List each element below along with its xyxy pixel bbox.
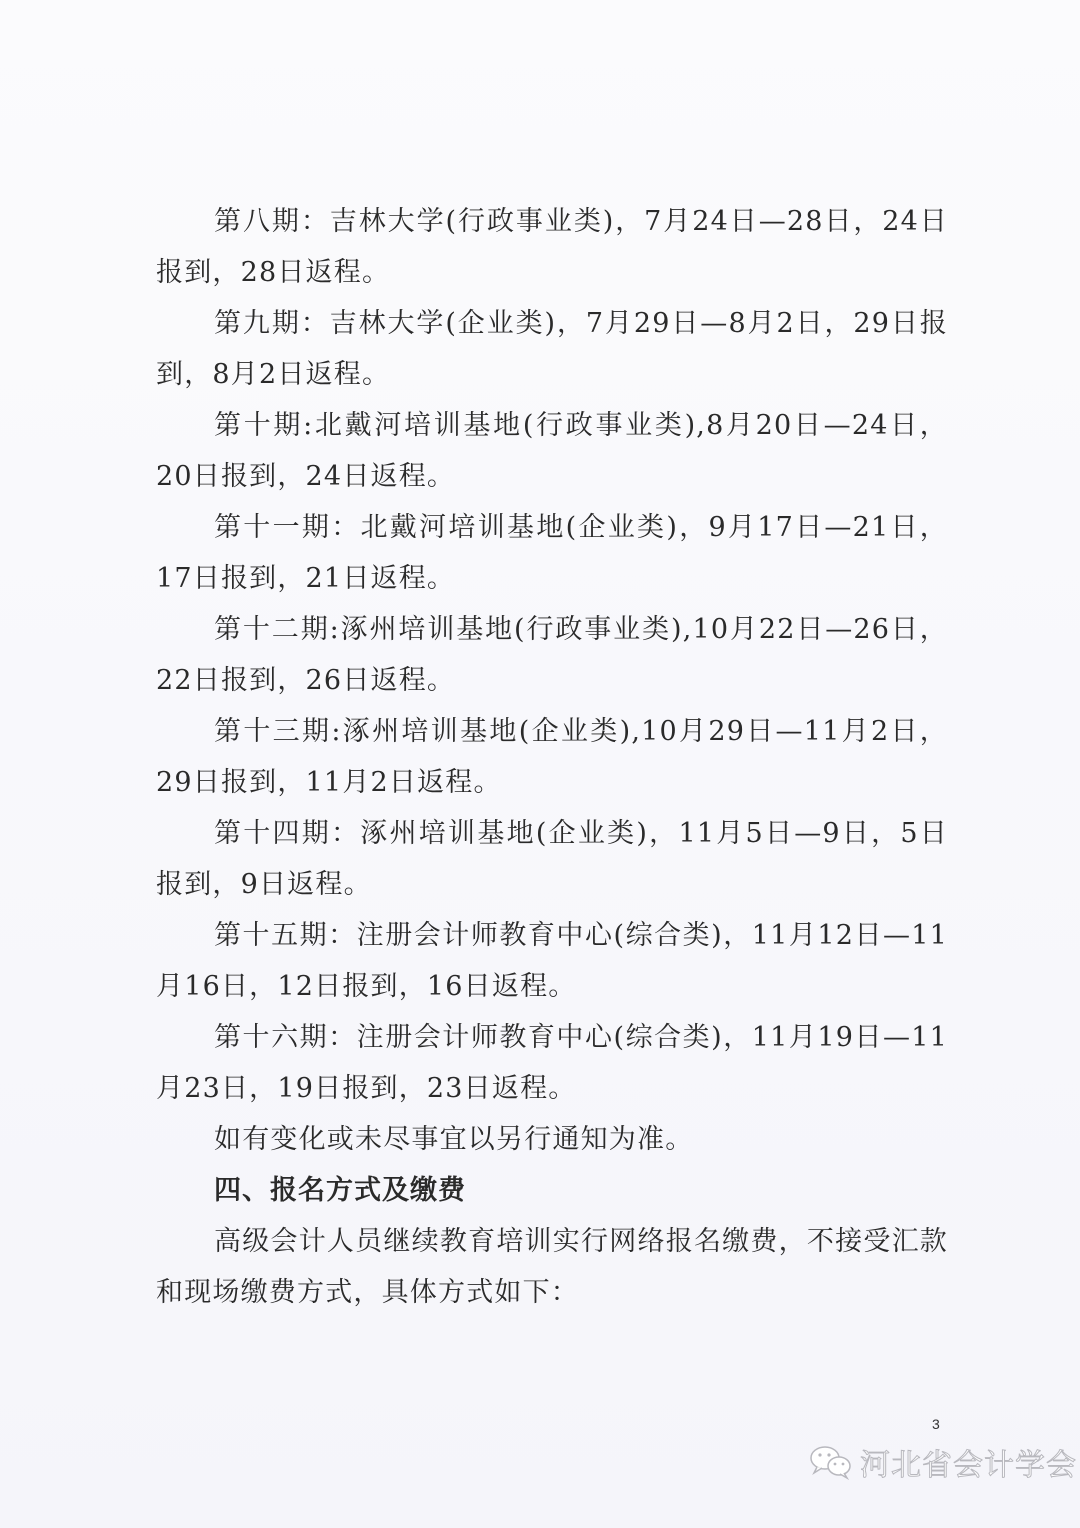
schedule-period-10: 第十期:北戴河培训基地(行政事业类),8月20日—24日，20日报到，24日返程… [156, 400, 948, 502]
watermark: 河北省会计学会 [808, 1440, 1077, 1484]
schedule-period-13: 第十三期:涿州培训基地(企业类),10月29日—11月2日，29日报到，11月2… [156, 706, 948, 808]
section-body: 高级会计人员继续教育培训实行网络报名缴费，不接受汇款和现场缴费方式，具体方式如下… [156, 1216, 948, 1318]
schedule-period-12: 第十二期:涿州培训基地(行政事业类),10月22日—26日，22日报到，26日返… [156, 604, 948, 706]
schedule-period-16: 第十六期：注册会计师教育中心(综合类)，11月19日—11月23日，19日报到，… [156, 1012, 948, 1114]
page-number: 3 [932, 1416, 940, 1432]
schedule-period-8: 第八期：吉林大学(行政事业类)，7月24日—28日，24日报到，28日返程。 [156, 196, 948, 298]
schedule-period-11: 第十一期：北戴河培训基地(企业类)，9月17日—21日，17日报到，21日返程。 [156, 502, 948, 604]
section-heading: 四、报名方式及缴费 [156, 1165, 948, 1216]
change-notice: 如有变化或未尽事宜以另行通知为准。 [156, 1114, 948, 1165]
document-page: 第八期：吉林大学(行政事业类)，7月24日—28日，24日报到，28日返程。 第… [0, 0, 1080, 1528]
schedule-period-9: 第九期：吉林大学(企业类)，7月29日—8月2日，29日报到，8月2日返程。 [156, 298, 948, 400]
schedule-period-15: 第十五期：注册会计师教育中心(综合类)，11月12日—11月16日，12日报到，… [156, 910, 948, 1012]
watermark-text: 河北省会计学会 [860, 1440, 1077, 1484]
document-body: 第八期：吉林大学(行政事业类)，7月24日—28日，24日报到，28日返程。 第… [156, 196, 948, 1318]
schedule-period-14: 第十四期：涿州培训基地(企业类)，11月5日—9日，5日报到，9日返程。 [156, 808, 948, 910]
wechat-icon [808, 1444, 854, 1480]
